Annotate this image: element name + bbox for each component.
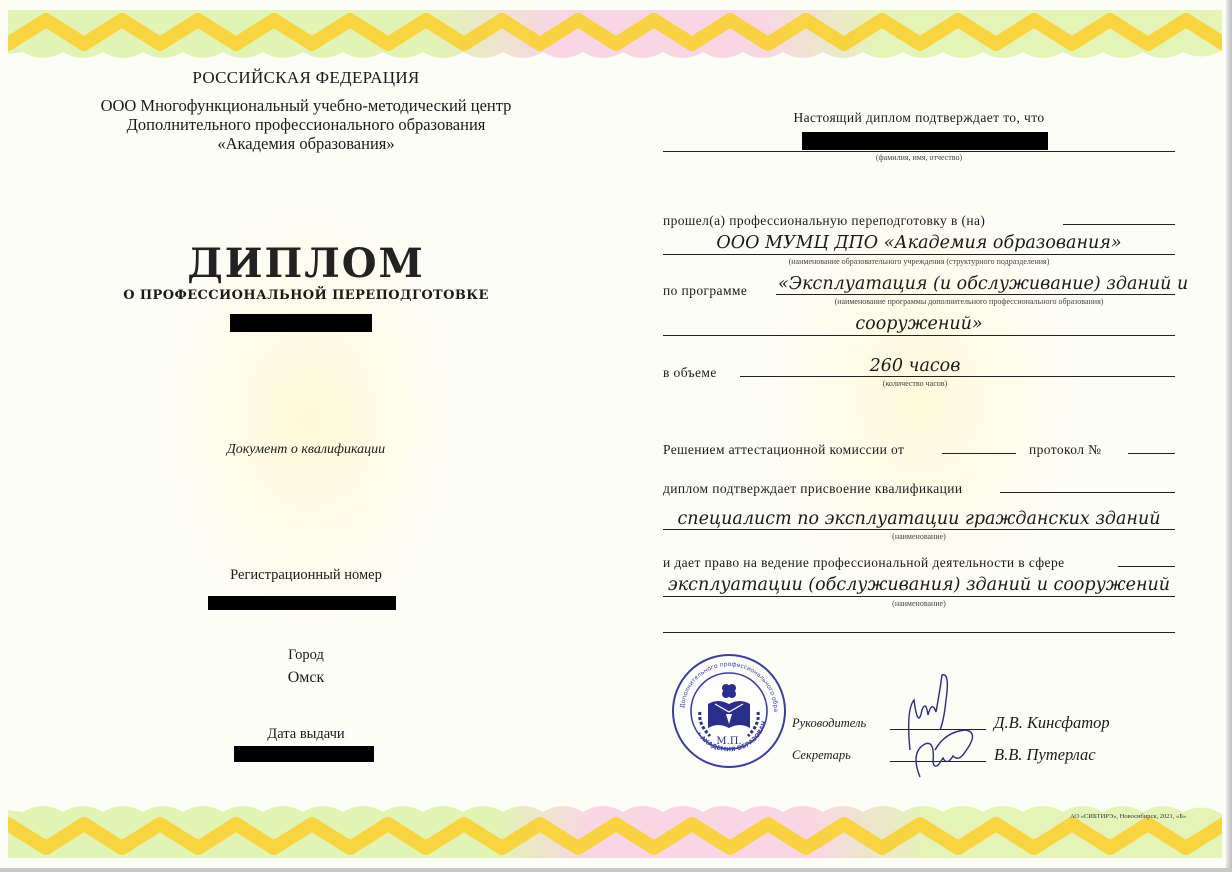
qualification-line bbox=[663, 529, 1175, 530]
program-line2 bbox=[663, 335, 1175, 336]
sphere-hint: (наименование) bbox=[663, 599, 1175, 608]
org-name-line3: «Академия образования» bbox=[60, 134, 552, 153]
top-ornament-band bbox=[8, 10, 1222, 68]
volume-hint: (количество часов) bbox=[740, 379, 1090, 388]
seal-mp: М.П. bbox=[716, 736, 741, 747]
program-line1 bbox=[776, 294, 1175, 295]
extra-blank-line bbox=[663, 632, 1175, 633]
sphere-line bbox=[663, 596, 1175, 597]
scan-edge-bottom bbox=[0, 868, 1232, 872]
protocol-label: протокол № bbox=[1029, 442, 1101, 458]
issue-date-label: Дата выдачи bbox=[100, 726, 512, 743]
institution-value: ООО МУМЦ ДПО «Академия образования» bbox=[663, 233, 1175, 253]
secretary-role-label: Секретарь bbox=[792, 748, 851, 763]
secretary-signature bbox=[905, 722, 985, 782]
diploma-subtitle: О ПРОФЕССИОНАЛЬНОЙ ПЕРЕПОДГОТОВКЕ bbox=[80, 288, 532, 303]
commission-label: Решением аттестационной комиссии от bbox=[663, 442, 904, 458]
program-value-line1: «Эксплуатация (и обслуживание) зданий и bbox=[778, 274, 1188, 294]
protocol-number-line bbox=[1128, 453, 1175, 454]
name-hint: (фамилия, имя, отчество) bbox=[663, 153, 1175, 162]
intro-text: Настоящий диплом подтверждает то, что bbox=[663, 110, 1175, 126]
sphere-value: эксплуатации (обслуживания) зданий и соо… bbox=[663, 575, 1175, 595]
scan-edge-right bbox=[1226, 0, 1232, 872]
program-hint: (наименование программы дополнительного … bbox=[663, 297, 1175, 306]
name-line bbox=[663, 151, 1175, 152]
qualification-label: диплом подтверждает присвоение квалифика… bbox=[663, 481, 963, 497]
head-role-label: Руководитель bbox=[792, 716, 866, 731]
city-label: Город bbox=[100, 647, 512, 664]
printer-imprint: АО «СИБТИРЭ», Новосибирск, 2021, «Б» bbox=[1070, 813, 1186, 820]
redacted-diploma-number bbox=[230, 314, 372, 332]
right-to-practice-line bbox=[1118, 566, 1175, 567]
bottom-ornament-band bbox=[8, 800, 1222, 858]
right-to-practice-label: и дает право на ведение профессиональной… bbox=[663, 555, 1064, 571]
qualification-label-line bbox=[1000, 492, 1175, 493]
city-value: Омск bbox=[100, 669, 512, 687]
diploma-page: РОССИЙСКАЯ ФЕДЕРАЦИЯ ООО Многофункционал… bbox=[0, 0, 1232, 872]
reg-number-label: Регистрационный номер bbox=[100, 567, 512, 584]
organization-seal: Дополнительного профессионального образо… bbox=[670, 652, 788, 770]
org-name-line2: Дополнительного профессионального образо… bbox=[60, 115, 552, 134]
passed-label: прошел(а) профессиональную переподготовк… bbox=[663, 213, 985, 229]
diploma-title: ДИПЛОМ bbox=[100, 240, 512, 287]
redacted-full-name bbox=[802, 132, 1048, 150]
institution-line bbox=[663, 254, 1175, 255]
volume-value: 260 часов bbox=[740, 356, 1090, 376]
document-type: Документ о квалификации bbox=[100, 442, 512, 458]
country-heading: РОССИЙСКАЯ ФЕДЕРАЦИЯ bbox=[100, 68, 512, 88]
qualification-hint: (наименование) bbox=[663, 532, 1175, 541]
institution-hint: (наименование образовательного учреждени… bbox=[663, 257, 1175, 266]
qualification-value: специалист по эксплуатации гражданских з… bbox=[663, 509, 1175, 529]
secretary-name: В.В. Путерлас bbox=[994, 745, 1096, 765]
redacted-reg-number bbox=[208, 596, 396, 610]
passed-line bbox=[1063, 224, 1175, 225]
program-value-line2: сооружений» bbox=[663, 314, 1175, 334]
commission-date-line bbox=[942, 453, 1016, 454]
volume-label: в объеме bbox=[663, 365, 717, 381]
head-name: Д.В. Кинсфатор bbox=[994, 713, 1110, 733]
volume-line bbox=[740, 376, 1175, 377]
redacted-issue-date bbox=[234, 746, 374, 762]
org-name-line1: ООО Многофункциональный учебно-методичес… bbox=[60, 96, 552, 115]
